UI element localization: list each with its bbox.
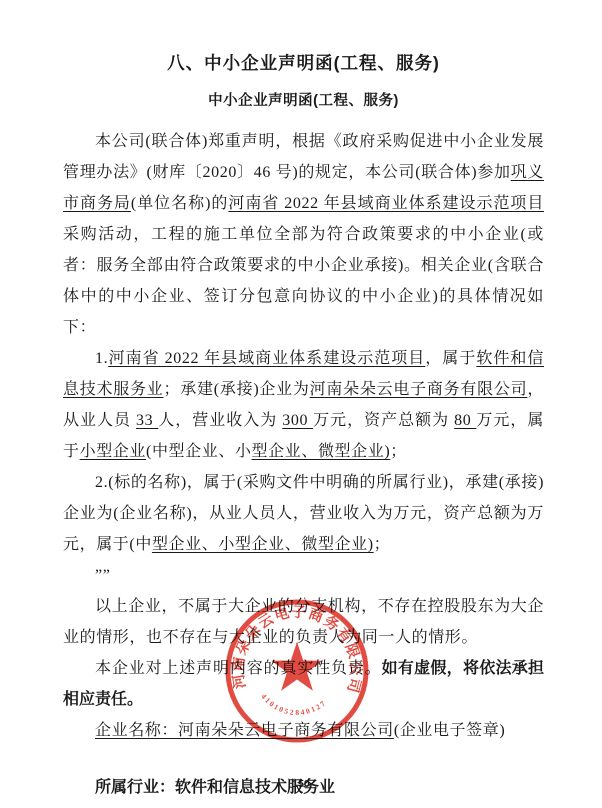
document-content: 八、中小企业声明函(工程、服务) 中小企业声明函(工程、服务) 本公司(联合体)…	[63, 50, 544, 803]
text-segment: ，属于	[425, 350, 476, 367]
page-subtitle: 中小企业声明函(工程、服务)	[63, 89, 544, 110]
enterprise-item-1-paragraph: 1.河南省 2022 年县域商业体系建设示范项目，属于软件和信息技术服务业；承建…	[63, 343, 544, 467]
company-name-signature-line: 企业名称：河南朵朵云电子商务有限公司(企业电子签章)	[63, 715, 544, 746]
text-segment: ””	[95, 567, 110, 584]
underlined-field: 小型企业	[80, 443, 146, 460]
declaration-intro-paragraph: 本公司(联合体)郑重声明，根据《政府采购促进中小企业发展管理办法》(财库〔202…	[63, 126, 544, 343]
page-number: 150	[0, 778, 602, 790]
underlined-field: 300	[282, 412, 313, 429]
enterprise-item-2-paragraph: 2.(标的名称)，属于(采购文件中明确的所属行业)，承建(承接)企业为(企业名称…	[63, 467, 544, 560]
underlined-field: 河南朵朵云电子商务有限公司	[310, 381, 528, 398]
text-segment: ；	[374, 536, 391, 553]
text-segment: 本公司(联合体)郑重声明，根据《政府采购促进中小企业发展管理办法》(财库〔202…	[63, 133, 544, 181]
text-segment: 采购活动，工程的施工单位全部为符合政策要求的中小企业(或者：服务全部由符合政策要…	[63, 226, 544, 336]
text-segment: 人，营业收入为	[158, 412, 282, 429]
text-segment: 1.	[95, 350, 108, 367]
text-segment: ；承建(承接)企业为	[164, 381, 310, 398]
document-page: 八、中小企业声明函(工程、服务) 中小企业声明函(工程、服务) 本公司(联合体)…	[0, 0, 602, 808]
underlined-field: 河南省 2022 年县域商业体系建设示范项目	[228, 195, 544, 212]
responsibility-paragraph: 本企业对上述声明内容的真实性负责。如有虚假，将依法承担相应责任。	[63, 653, 544, 715]
text-segment: (单位名称)的	[131, 195, 229, 212]
text-segment: (中型企业、小	[146, 443, 252, 460]
underlined-field: 型企业、微型企业)	[252, 443, 391, 460]
text-segment: 以上企业，不属于大企业的分支机构，不存在控股股东为大企业的情形，也不存在与大企业…	[63, 598, 544, 646]
text-segment: (企业电子签章)	[394, 722, 505, 739]
text-segment: ；	[390, 443, 407, 460]
underlined-field: 企业名称：河南朵朵云电子商务有限公司	[95, 722, 394, 739]
document-body: 本公司(联合体)郑重声明，根据《政府采购促进中小企业发展管理办法》(财库〔202…	[63, 126, 544, 803]
no-affiliation-paragraph: 以上企业，不属于大企业的分支机构，不存在控股股东为大企业的情形，也不存在与大企业…	[63, 591, 544, 653]
text-segment: 万元，资产总额为	[313, 412, 454, 429]
quote-marks-paragraph: ””	[63, 560, 544, 591]
underlined-field: 河南省 2022 年县域商业体系建设示范项目	[108, 350, 425, 367]
underlined-field: 型企业、小型企业、微型企业)	[152, 536, 374, 553]
underlined-field: 33	[136, 412, 158, 429]
page-title: 八、中小企业声明函(工程、服务)	[63, 50, 544, 75]
underlined-field: 80	[454, 412, 476, 429]
text-segment: 本企业对上述声明内容的真实性负责。	[95, 660, 382, 677]
